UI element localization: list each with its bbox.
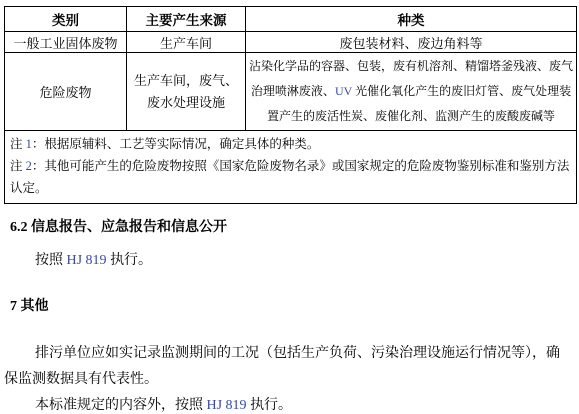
text-segment: 本标准规定的内容外，按照 [35, 398, 207, 413]
latin-accent-text: HJ 819 [67, 253, 107, 268]
section-heading-6-2: 6.2 信息报告、应急报告和信息公开 [10, 220, 571, 236]
text-segment: ：其他可能产生的危险废物按照《国家危险废物名录》或国家规定的危险废物鉴别标准和鉴… [10, 159, 569, 195]
note-2: 注 2：其他可能产生的危险废物按照《国家危险废物名录》或国家规定的危险废物鉴别标… [10, 155, 571, 199]
waste-classification-table: 类别 主要产生来源 种类 一般工业固体废物 生产车间 废包装材料、废边角料等 危… [4, 6, 577, 204]
table-header-row: 类别 主要产生来源 种类 [5, 7, 577, 32]
cell-category: 危险废物 [5, 53, 127, 131]
table-header: 类别 主要产生来源 种类 [5, 7, 577, 32]
paragraph-standard-scope: 本标准规定的内容外，按照 HJ 819 执行。 [4, 393, 571, 414]
col-header-source: 主要产生来源 [127, 7, 246, 32]
latin-accent-text: UV [335, 84, 352, 98]
paragraph-execute-hj819: 按照 HJ 819 执行。 [4, 253, 571, 269]
table-notes-cell: 注 1：根据原辅料、工艺等实际情况，确定具体的种类。 注 2：其他可能产生的危险… [5, 131, 577, 204]
col-header-types: 种类 [246, 7, 577, 32]
section-heading-7: 7 其他 [10, 299, 571, 315]
text-segment: 按照 [35, 253, 67, 268]
table-row-hazardous-waste: 危险废物 生产车间，废气、废水处理设施 沾染化学品的容器、包装，废有机溶剂、精馏… [5, 53, 577, 131]
table-notes-row: 注 1：根据原辅料、工艺等实际情况，确定具体的种类。 注 2：其他可能产生的危险… [5, 131, 577, 204]
table-row-general-solid-waste: 一般工业固体废物 生产车间 废包装材料、废边角料等 [5, 32, 577, 53]
cell-types: 废包装材料、废边角料等 [246, 32, 577, 53]
note-1: 注 1：根据原辅料、工艺等实际情况，确定具体的种类。 [10, 133, 571, 155]
cell-source: 生产车间，废气、废水处理设施 [127, 53, 246, 131]
text-segment: 执行。 [107, 253, 153, 268]
text-segment: 执行。 [247, 398, 293, 413]
table-body: 一般工业固体废物 生产车间 废包装材料、废边角料等 危险废物 生产车间，废气、废… [5, 32, 577, 204]
col-header-category: 类别 [5, 7, 127, 32]
paragraph-monitoring-conditions: 排污单位应如实记录监测期间的工况（包括生产负荷、污染治理设施运行情况等），确保监… [4, 341, 571, 393]
text-segment: 注 [10, 159, 26, 173]
document-page: 类别 主要产生来源 种类 一般工业固体废物 生产车间 废包装材料、废边角料等 危… [0, 0, 579, 414]
cell-types: 沾染化学品的容器、包装，废有机溶剂、精馏塔釜残液、废气治理喷淋废液、UV 光催化… [246, 53, 577, 131]
cell-category: 一般工业固体废物 [5, 32, 127, 53]
text-segment: 注 [10, 137, 26, 151]
cell-source: 生产车间 [127, 32, 246, 53]
latin-accent-text: HJ 819 [207, 398, 247, 413]
text-segment: ：根据原辅料、工艺等实际情况，确定具体的种类。 [32, 137, 320, 151]
